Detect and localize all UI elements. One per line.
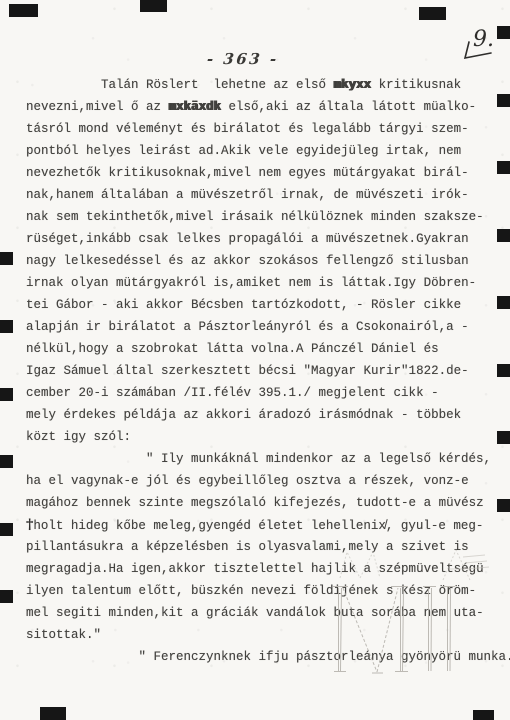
text-segment: cember 20-i számában /II.félév 395.1./ m…	[26, 386, 439, 400]
text-segment: nagy lelkesedéssel és az akkor szokásos …	[26, 254, 469, 268]
page-number-header: - 363 -	[206, 50, 280, 68]
text-segment: Talán Röslert lehetne az első	[101, 78, 334, 92]
typewritten-line: pillantásukra a képzelésben is olyasvala…	[26, 536, 496, 558]
scan-edge-mark	[497, 431, 510, 444]
overstruck-word: mkyxx	[334, 78, 372, 92]
typewritten-line: nagy lelkesedéssel és az akkor szokásos …	[26, 250, 496, 272]
typewritten-line: pontból helyes leirást ad.Akik vele egyi…	[26, 140, 496, 162]
typewritten-line: nak,hanem általában a müvészetről irnak,…	[26, 184, 496, 206]
scan-edge-mark	[497, 94, 510, 107]
scan-edge-mark	[497, 26, 510, 39]
typewritten-line: ilyen talentum előtt, büszkén nevezi föl…	[26, 580, 496, 602]
corner-number-text: 9.	[473, 27, 494, 52]
scan-edge-mark	[497, 161, 510, 174]
typewritten-line: mel segiti minden,kit a gráciák vandálok…	[26, 602, 496, 624]
typewritten-line: ha el vagynak-e jól és egybeillőleg oszt…	[26, 470, 496, 492]
text-segment: mel segiti minden,kit a gráciák vandálok…	[26, 606, 484, 620]
typewritten-line: cember 20-i számában /II.félév 395.1./ m…	[26, 382, 496, 404]
text-segment: tásról mond véleményt és birálatot és le…	[26, 122, 469, 136]
typewritten-line: nevezni,mivel ő az mxkäxdk első,aki az á…	[26, 96, 496, 118]
text-segment: pontból helyes leirást ad.Akik vele egyi…	[26, 144, 461, 158]
typewritten-line: Talán Röslert lehetne az első mkyxx krit…	[26, 74, 496, 96]
scan-edge-mark	[0, 590, 13, 603]
text-segment: megragadja.Ha igen,akkor tisztelettel ha…	[26, 562, 484, 576]
typewritten-line: közt igy szól:	[26, 426, 496, 448]
typewritten-line: alapján ir birálatot a Pásztorleányról é…	[26, 316, 496, 338]
overstruck-word: mxkäxdk	[169, 100, 222, 114]
scanned-page: 9. - 363 - Talán Röslert lehetne az első…	[0, 0, 510, 720]
text-segment: közt igy szól:	[26, 430, 131, 444]
text-segment: irnak olyan mütárgyakról is,amiket nem i…	[26, 276, 476, 290]
text-segment: ilyen talentum előtt, büszkén nevezi föl…	[26, 584, 476, 598]
typewritten-line: megragadja.Ha igen,akkor tisztelettel ha…	[26, 558, 496, 580]
text-segment: tei Gábor - aki akkor Bécsben tartózkodo…	[26, 298, 461, 312]
text-segment: Igaz Sámuel által szerkesztett bécsi "Ma…	[26, 364, 469, 378]
scan-edge-mark	[9, 4, 38, 17]
scan-edge-mark	[140, 0, 167, 12]
typewritten-line: nélkül,hogy a szobrokat látta volna.A Pá…	[26, 338, 496, 360]
scan-edge-mark	[497, 499, 510, 512]
typewritten-line: tásról mond véleményt és birálatot és le…	[26, 118, 496, 140]
text-segment: holt hideg kőbe meleg,gyengéd életet leh…	[33, 519, 483, 533]
scan-edge-mark	[419, 7, 446, 20]
scan-edge-mark	[0, 252, 13, 265]
typewritten-line: sitottak."	[26, 624, 496, 646]
text-segment: alapján ir birálatot a Pásztorleányról é…	[26, 320, 469, 334]
typewritten-line: " Ily munkáknál mindenkor az a legelső k…	[26, 448, 496, 470]
typewritten-line: Igaz Sámuel által szerkesztett bécsi "Ma…	[26, 360, 496, 382]
text-segment: " Ily munkáknál mindenkor az a legelső k…	[146, 452, 491, 466]
typewritten-line: irnak olyan mütárgyakról is,amiket nem i…	[26, 272, 496, 294]
text-segment: sitottak."	[26, 628, 101, 642]
typewritten-line: magához bennek szinte megszólaló kifejez…	[26, 492, 496, 514]
typewritten-text: Talán Röslert lehetne az első mkyxx krit…	[26, 74, 496, 668]
scan-edge-mark	[40, 707, 66, 720]
text-segment: első,aki az általa látott müalko-	[221, 100, 476, 114]
text-segment: pillantásukra a képzelésben is olyasvala…	[26, 540, 469, 554]
text-segment: nélkül,hogy a szobrokat látta volna.A Pá…	[26, 342, 439, 356]
text-segment: kritikusnak	[371, 78, 461, 92]
handwritten-page-number: 9.	[460, 22, 500, 66]
typewritten-line: nak sem tekinthetők,mivel irásaik nélkül…	[26, 206, 496, 228]
text-segment: ha el vagynak-e jól és egybeillőleg oszt…	[26, 474, 469, 488]
typewritten-line: †holt hideg kőbe meleg,gyengéd életet le…	[26, 514, 496, 536]
scan-edge-mark	[497, 296, 510, 309]
scan-edge-mark	[0, 523, 13, 536]
text-segment: " Ferenczynknek ifju pásztorleánya gyöny…	[139, 650, 510, 664]
scan-edge-mark	[497, 229, 510, 242]
text-segment: nak sem tekinthetők,mivel irásaik nélkül…	[26, 210, 484, 224]
scan-edge-mark	[0, 388, 13, 401]
typewritten-line: rüséget,inkább csak lelkes propagálói a …	[26, 228, 496, 250]
typewritten-line: nevezhetők kritikusoknak,mivel nem egyes…	[26, 162, 496, 184]
text-segment: nevezhetők kritikusoknak,mivel nem egyes…	[26, 166, 469, 180]
typewritten-line: tei Gábor - aki akkor Bécsben tartózkodo…	[26, 294, 496, 316]
text-segment: magához bennek szinte megszólaló kifejez…	[26, 496, 484, 510]
text-segment: rüséget,inkább csak lelkes propagálói a …	[26, 232, 469, 246]
text-segment: nak,hanem általában a müvészetről irnak,…	[26, 188, 469, 202]
scan-edge-mark	[497, 364, 510, 377]
scan-edge-mark	[0, 320, 13, 333]
typewritten-line: " Ferenczynknek ifju pásztorleánya gyöny…	[26, 646, 496, 668]
typewritten-line: mely érdekes példája az akkori áradozó i…	[26, 404, 496, 426]
text-segment: mely érdekes példája az akkori áradozó i…	[26, 408, 461, 422]
scan-edge-mark	[473, 710, 494, 720]
text-segment: nevezni,mivel ő az	[26, 100, 169, 114]
scan-edge-mark	[0, 455, 13, 468]
